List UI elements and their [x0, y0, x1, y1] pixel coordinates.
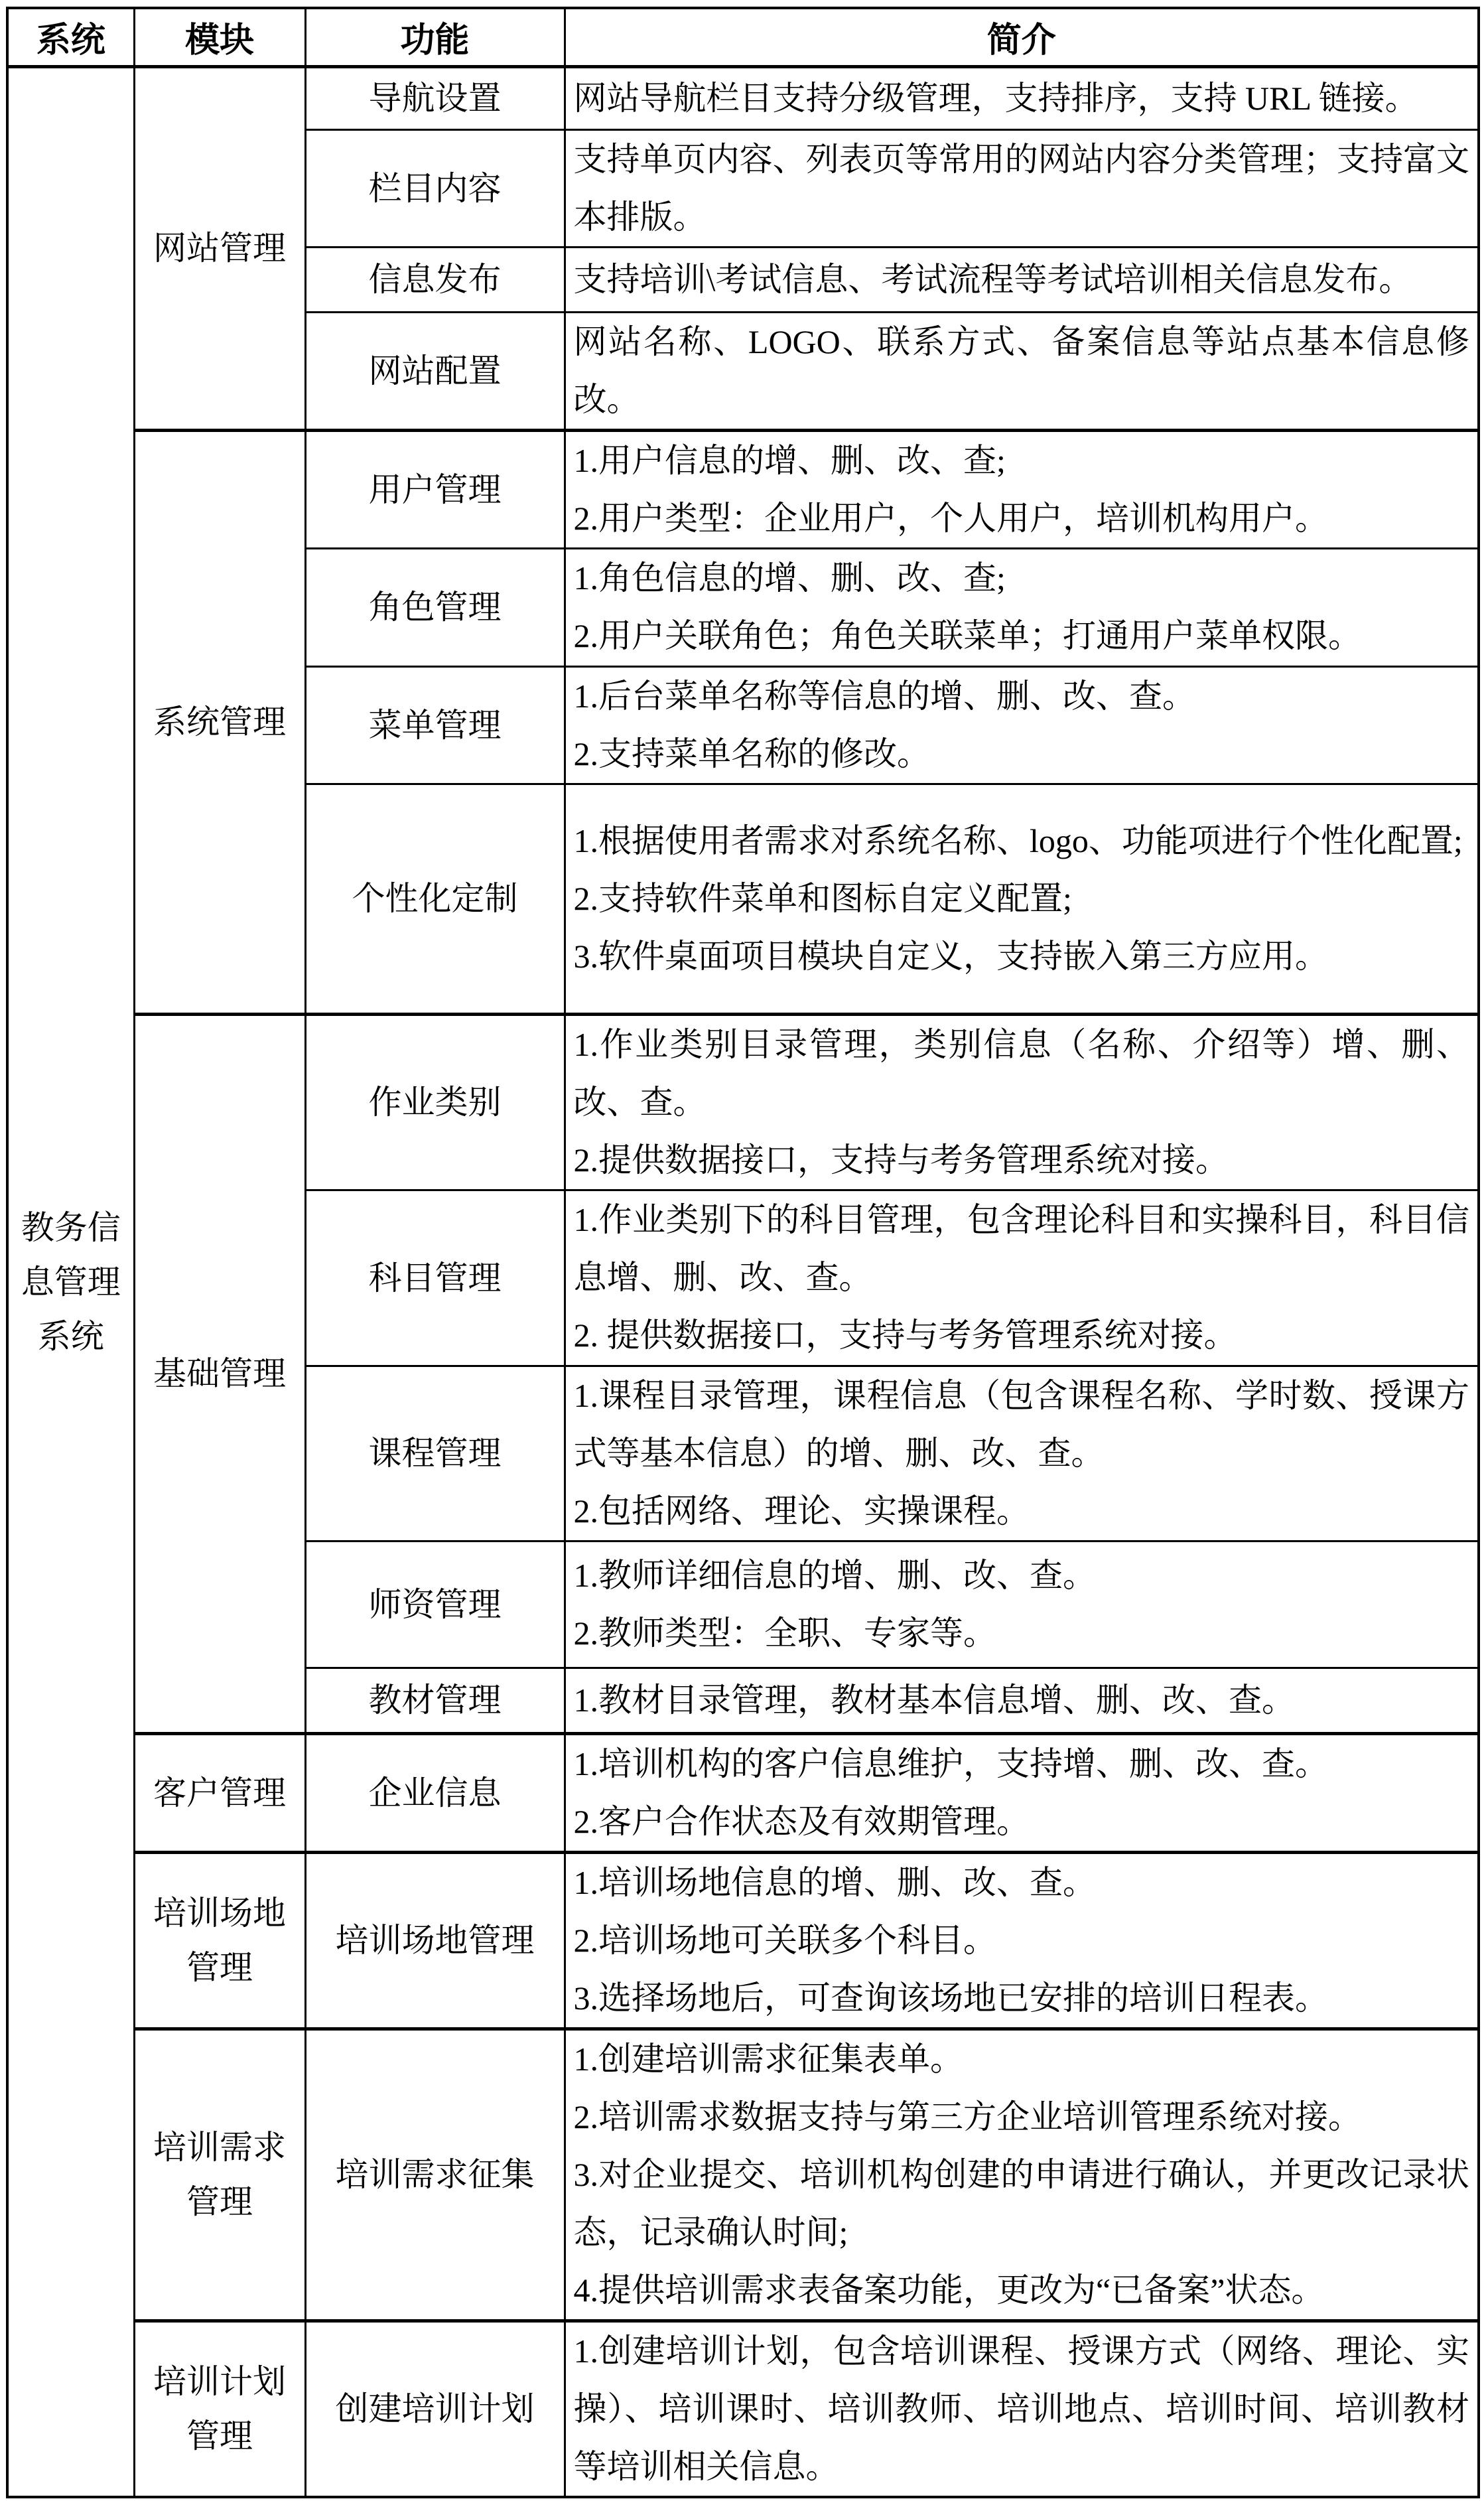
- intro-cell-personalization: 1.根据使用者需求对系统名称、logo、功能项进行个性化配置; 2.支持软件菜单…: [565, 784, 1479, 1014]
- header-intro-column: 简介: [565, 8, 1479, 66]
- intro-paragraph: 2.支持菜单名称的修改。: [574, 725, 1470, 783]
- table-row: 系统管理 用户管理 1.用户信息的增、删、改、查; 2.用户类型：企业用户，个人…: [7, 430, 1479, 548]
- intro-cell-nav-settings: 网站导航栏目支持分级管理，支持排序，支持 URL 链接。: [565, 66, 1479, 129]
- intro-paragraph: 1.根据使用者需求对系统名称、logo、功能项进行个性化配置;: [574, 812, 1470, 870]
- module-cell-basic: 基础管理: [134, 1014, 305, 1733]
- feature-table: 系统 模块 功能 简介 教务信息管理系统 网站管理 导航设置 网站导航栏目支持分…: [6, 7, 1480, 2498]
- intro-paragraph: 网站导航栏目支持分级管理，支持排序，支持 URL 链接。: [574, 70, 1470, 127]
- intro-paragraph: 1.角色信息的增、删、改、查;: [574, 549, 1470, 607]
- table-row: 培训场地管理 培训场地管理 1.培训场地信息的增、删、改、查。 2.培训场地可关…: [7, 1852, 1479, 2029]
- function-cell-enterprise-info: 企业信息: [305, 1733, 565, 1852]
- function-cell-info-publish: 信息发布: [305, 247, 565, 312]
- header-row: 系统 模块 功能 简介: [7, 8, 1479, 66]
- intro-paragraph: 1.课程目录管理，课程信息（包含课程名称、学时数、授课方式等基本信息）的增、删、…: [574, 1367, 1470, 1482]
- function-cell-teacher-mgmt: 师资管理: [305, 1541, 565, 1668]
- function-cell-personalization: 个性化定制: [305, 784, 565, 1014]
- intro-paragraph: 1.后台菜单名称等信息的增、删、改、查。: [574, 668, 1470, 725]
- function-cell-nav-settings: 导航设置: [305, 66, 565, 129]
- intro-cell-info-publish: 支持培训\考试信息、考试流程等考试培训相关信息发布。: [565, 247, 1479, 312]
- intro-cell-enterprise-info: 1.培训机构的客户信息维护，支持增、删、改、查。 2.客户合作状态及有效期管理。: [565, 1733, 1479, 1852]
- document-page: 系统 模块 功能 简介 教务信息管理系统 网站管理 导航设置 网站导航栏目支持分…: [0, 0, 1484, 2505]
- intro-paragraph: 2.用户类型：企业用户，个人用户，培训机构用户。: [574, 490, 1470, 547]
- intro-paragraph: 2.包括网络、理论、实操课程。: [574, 1482, 1470, 1540]
- intro-paragraph: 2. 提供数据接口，支持与考务管理系统对接。: [574, 1307, 1470, 1364]
- intro-paragraph: 1.培训场地信息的增、删、改、查。: [574, 1854, 1470, 1912]
- table-row: 客户管理 企业信息 1.培训机构的客户信息维护，支持增、删、改、查。 2.客户合…: [7, 1733, 1479, 1852]
- system-name-cell: 教务信息管理系统: [7, 66, 134, 2497]
- function-cell-demand-collection: 培训需求征集: [305, 2029, 565, 2321]
- intro-paragraph: 1.创建培训需求征集表单。: [574, 2031, 1470, 2088]
- table-row: 基础管理 作业类别 1.作业类别目录管理，类别信息（名称、介绍等）增、删、改、查…: [7, 1014, 1479, 1190]
- intro-paragraph: 4.提供培训需求表备案功能，更改为“已备案”状态。: [574, 2261, 1470, 2319]
- function-cell-textbook-mgmt: 教材管理: [305, 1668, 565, 1733]
- function-cell-homework-category: 作业类别: [305, 1014, 565, 1190]
- intro-paragraph: 2.培训场地可关联多个科目。: [574, 1912, 1470, 1969]
- intro-paragraph: 2.用户关联角色；角色关联菜单；打通用户菜单权限。: [574, 607, 1470, 665]
- intro-cell-subject-mgmt: 1.作业类别下的科目管理，包含理论科目和实操科目，科目信息增、删、改、查。 2.…: [565, 1190, 1479, 1366]
- intro-cell-site-config: 网站名称、LOGO、联系方式、备案信息等站点基本信息修改。: [565, 312, 1479, 430]
- function-cell-menu-mgmt: 菜单管理: [305, 666, 565, 784]
- intro-paragraph: 支持培训\考试信息、考试流程等考试培训相关信息发布。: [574, 251, 1470, 309]
- intro-paragraph: 1.作业类别目录管理，类别信息（名称、介绍等）增、删、改、查。: [574, 1016, 1470, 1131]
- intro-cell-teacher-mgmt: 1.教师详细信息的增、删、改、查。 2.教师类型：全职、专家等。: [565, 1541, 1479, 1668]
- intro-paragraph: 2.培训需求数据支持与第三方企业培训管理系统对接。: [574, 2088, 1470, 2146]
- intro-paragraph: 1.用户信息的增、删、改、查;: [574, 432, 1470, 490]
- intro-cell-demand-collection: 1.创建培训需求征集表单。 2.培训需求数据支持与第三方企业培训管理系统对接。 …: [565, 2029, 1479, 2321]
- intro-cell-menu-mgmt: 1.后台菜单名称等信息的增、删、改、查。 2.支持菜单名称的修改。: [565, 666, 1479, 784]
- module-cell-plan: 培训计划管理: [134, 2321, 305, 2497]
- function-cell-create-plan: 创建培训计划: [305, 2321, 565, 2497]
- intro-cell-textbook-mgmt: 1.教材目录管理，教材基本信息增、删、改、查。: [565, 1668, 1479, 1733]
- module-cell-system: 系统管理: [134, 430, 305, 1014]
- function-cell-site-config: 网站配置: [305, 312, 565, 430]
- table-row: 培训需求管理 培训需求征集 1.创建培训需求征集表单。 2.培训需求数据支持与第…: [7, 2029, 1479, 2321]
- intro-cell-venue-mgmt: 1.培训场地信息的增、删、改、查。 2.培训场地可关联多个科目。 3.选择场地后…: [565, 1852, 1479, 2029]
- module-cell-website: 网站管理: [134, 66, 305, 430]
- intro-cell-user-mgmt: 1.用户信息的增、删、改、查; 2.用户类型：企业用户，个人用户，培训机构用户。: [565, 430, 1479, 548]
- function-cell-user-mgmt: 用户管理: [305, 430, 565, 548]
- intro-paragraph: 1.教师详细信息的增、删、改、查。: [574, 1547, 1470, 1605]
- intro-paragraph: 2.提供数据接口，支持与考务管理系统对接。: [574, 1131, 1470, 1189]
- intro-paragraph: 3.选择场地后，可查询该场地已安排的培训日程表。: [574, 1969, 1470, 2027]
- intro-paragraph: 网站名称、LOGO、联系方式、备案信息等站点基本信息修改。: [574, 313, 1470, 429]
- function-cell-venue-mgmt: 培训场地管理: [305, 1852, 565, 2029]
- intro-cell-column-content: 支持单页内容、列表页等常用的网站内容分类管理；支持富文本排版。: [565, 129, 1479, 247]
- header-module-column: 模块: [134, 8, 305, 66]
- intro-paragraph: 3.对企业提交、培训机构创建的申请进行确认，并更改记录状态，记录确认时间;: [574, 2146, 1470, 2261]
- header-system-column: 系统: [7, 8, 134, 66]
- intro-paragraph: 1.培训机构的客户信息维护，支持增、删、改、查。: [574, 1735, 1470, 1793]
- intro-paragraph: 支持单页内容、列表页等常用的网站内容分类管理；支持富文本排版。: [574, 131, 1470, 246]
- table-row: 培训计划管理 创建培训计划 1.创建培训计划，包含培训课程、授课方式（网络、理论…: [7, 2321, 1479, 2497]
- intro-paragraph: 1.教材目录管理，教材基本信息增、删、改、查。: [574, 1672, 1470, 1729]
- intro-paragraph: 1.创建培训计划，包含培训课程、授课方式（网络、理论、实操）、培训课时、培训教师…: [574, 2323, 1470, 2496]
- function-cell-subject-mgmt: 科目管理: [305, 1190, 565, 1366]
- intro-paragraph: 2.客户合作状态及有效期管理。: [574, 1793, 1470, 1851]
- intro-paragraph: 2.教师类型：全职、专家等。: [574, 1605, 1470, 1662]
- module-cell-venue: 培训场地管理: [134, 1852, 305, 2029]
- function-cell-course-mgmt: 课程管理: [305, 1366, 565, 1541]
- intro-cell-create-plan: 1.创建培训计划，包含培训课程、授课方式（网络、理论、实操）、培训课时、培训教师…: [565, 2321, 1479, 2497]
- intro-paragraph: 2.支持软件菜单和图标自定义配置;: [574, 870, 1470, 928]
- function-cell-column-content: 栏目内容: [305, 129, 565, 247]
- function-cell-role-mgmt: 角色管理: [305, 548, 565, 666]
- table-row: 教务信息管理系统 网站管理 导航设置 网站导航栏目支持分级管理，支持排序，支持 …: [7, 66, 1479, 129]
- intro-cell-role-mgmt: 1.角色信息的增、删、改、查; 2.用户关联角色；角色关联菜单；打通用户菜单权限…: [565, 548, 1479, 666]
- intro-paragraph: 3.软件桌面项目模块自定义，支持嵌入第三方应用。: [574, 928, 1470, 985]
- header-function-column: 功能: [305, 8, 565, 66]
- intro-cell-course-mgmt: 1.课程目录管理，课程信息（包含课程名称、学时数、授课方式等基本信息）的增、删、…: [565, 1366, 1479, 1541]
- module-cell-demand: 培训需求管理: [134, 2029, 305, 2321]
- intro-cell-homework-category: 1.作业类别目录管理，类别信息（名称、介绍等）增、删、改、查。 2.提供数据接口…: [565, 1014, 1479, 1190]
- module-cell-customer: 客户管理: [134, 1733, 305, 1852]
- intro-paragraph: 1.作业类别下的科目管理，包含理论科目和实操科目，科目信息增、删、改、查。: [574, 1191, 1470, 1307]
